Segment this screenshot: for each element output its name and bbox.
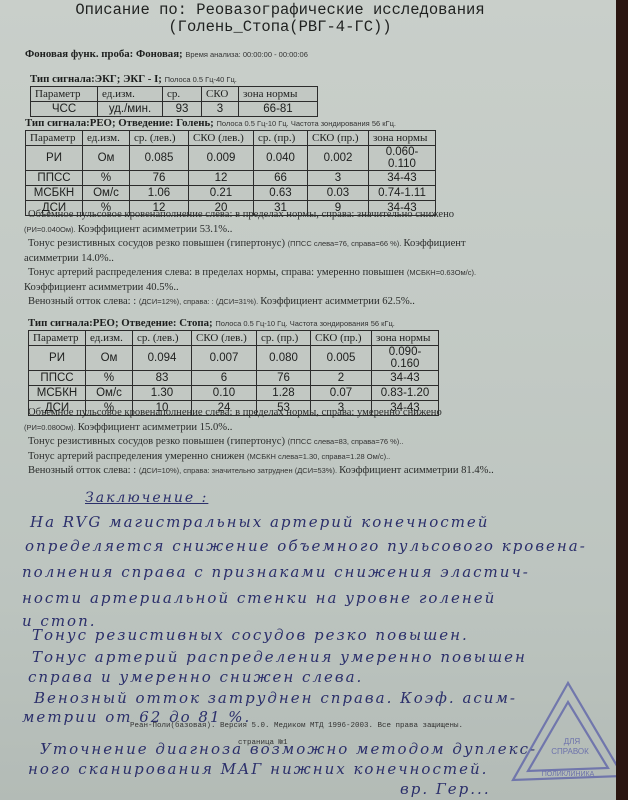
table-cell: ППСС [29,371,86,386]
table-cell: ППСС [26,171,83,186]
foot-header-band: Полоса 0.5 Гц-10 Гц. Частота зондировани… [215,319,395,328]
page-number: страница №1 [238,739,288,747]
table-cell: 93 [163,102,202,117]
test-label: Фоновая функ. проба: Фоновая; [25,48,183,60]
table-cell: 0.060-0.110 [369,146,436,171]
table-cell: уд./мин. [98,102,163,117]
document-page: Описание по: Реовазографические исследов… [0,0,616,800]
table-row: ППСС%761266334-43 [26,171,436,186]
table-cell: 0.005 [311,346,372,371]
finding-note: Венозный отток слева: : (ДСИ=12%), справ… [24,295,479,310]
handwritten-line: полнения справа с признаками снижения эл… [22,563,530,581]
column-header: ед.изм. [86,331,133,346]
table-header-row: Параметред.изм.ср.СКОзона нормы [31,87,318,102]
column-header: ср. (пр.) [254,131,308,146]
finding-note: Тонус резистивных сосудов резко повышен … [24,435,494,450]
finding-note: Тонус резистивных сосудов резко повышен … [24,237,479,266]
table-row: РИОм0.0850.0090.0400.0020.060-0.110 [26,146,436,171]
table-cell: 34-43 [369,171,436,186]
foot-notes: Объемное пульсовое кровенаполнение слева… [24,406,494,479]
column-header: ед.изм. [83,131,130,146]
table-cell: % [86,371,133,386]
handwritten-line: вр. Гер... [400,780,491,798]
column-header: Параметр [31,87,98,102]
shin-notes: Объемное пульсовое кровенаполнение слева… [24,208,479,310]
table-cell: 0.07 [311,386,372,401]
table-cell: 76 [130,171,189,186]
ecg-header-band: Полоса 0.5 Гц-40 Гц. [165,75,237,84]
table-cell: 1.28 [257,386,311,401]
table-cell: 0.03 [308,186,369,201]
table-cell: 0.63 [254,186,308,201]
table-cell: 0.007 [192,346,257,371]
handwritten-line: Уточнение диагноза возможно методом дупл… [40,740,537,758]
stamp-text: СПРАВОК [551,747,589,756]
column-header: ср. (лев.) [130,131,189,146]
handwritten-line: определяется снижение объемного пульсово… [25,537,587,555]
table-cell: 0.74-1.11 [369,186,436,201]
column-header: Параметр [26,131,83,146]
column-header: СКО (лев.) [192,331,257,346]
column-header: СКО (пр.) [311,331,372,346]
table-row: ЧССуд./мин.93366-81 [31,102,318,117]
table-cell: 0.002 [308,146,369,171]
table-cell: 0.090-0.160 [372,346,439,371]
table-row: ППСС%83676234-43 [29,371,439,386]
table-cell: 34-43 [372,371,439,386]
finding-note: Объемное пульсовое кровенаполнение слева… [24,208,479,237]
table-cell: 76 [257,371,311,386]
table-cell: Ом/с [83,186,130,201]
table-cell: 3 [202,102,239,117]
column-header: ср. (лев.) [133,331,192,346]
table-cell: 0.10 [192,386,257,401]
shin-table: Параметред.изм.ср. (лев.)СКО (лев.)ср. (… [25,130,436,216]
table-cell: ЧСС [31,102,98,117]
column-header: СКО [202,87,239,102]
foot-header-title: Тип сигнала:РЕО; Отведение: Стопа; [28,317,213,329]
table-header-row: Параметред.изм.ср. (лев.)СКО (лев.)ср. (… [26,131,436,146]
table-cell: 0.094 [133,346,192,371]
copyright-footer: Реан-Поли(базовая). Версия 5.0. Медиком … [130,722,463,730]
finding-note: Объемное пульсовое кровенаполнение слева… [24,406,494,435]
shin-header-band: Полоса 0.5 Гц-10 Гц. Частота зондировани… [216,119,396,128]
table-cell: 2 [311,371,372,386]
stamp-text: ДЛЯ [564,737,581,746]
foot-header: Тип сигнала:РЕО; Отведение: Стопа; Полос… [28,317,395,329]
table-cell: 0.009 [189,146,254,171]
table-cell: МСБКН [29,386,86,401]
column-header: СКО (лев.) [189,131,254,146]
handwritten-line: ного сканирования МАГ нижних конечностей… [28,760,488,778]
table-cell: 6 [192,371,257,386]
table-row: РИОм0.0940.0070.0800.0050.090-0.160 [29,346,439,371]
handwritten-line: Тонус артерий распределения умеренно пов… [32,648,527,666]
table-cell: 3 [308,171,369,186]
handwritten-line: Венозный отток затруднен справа. Коэф. а… [34,689,517,707]
handwritten-line: справа и умеренно снижен слева. [28,668,363,686]
column-header: ср. [163,87,202,102]
foot-table: Параметред.изм.ср. (лев.)СКО (лев.)ср. (… [28,330,439,416]
ecg-table: Параметред.изм.ср.СКОзона нормыЧССуд./ми… [30,86,318,117]
table-cell: МСБКН [26,186,83,201]
column-header: ед.изм. [98,87,163,102]
column-header: ср. (пр.) [257,331,311,346]
handwritten-line: ности артериальной стенки на уровне голе… [22,589,496,607]
shin-header-title: Тип сигнала:РЕО; Отведение: Голень; [25,117,214,129]
column-header: зона нормы [372,331,439,346]
column-header: Параметр [29,331,86,346]
clinic-stamp-icon: ДЛЯ СПРАВОК ПОЛИКЛИНИКА [510,680,628,790]
conclusion-heading: Заключение : [85,490,208,506]
table-cell: 83 [133,371,192,386]
finding-note: Венозный отток слева: : (ДСИ=10%), справ… [24,464,494,479]
table-cell: 66 [254,171,308,186]
handwritten-line: Тонус резистивных сосудов резко повышен. [32,626,469,644]
table-cell: Ом [86,346,133,371]
table-header-row: Параметред.изм.ср. (лев.)СКО (лев.)ср. (… [29,331,439,346]
stamp-text: ПОЛИКЛИНИКА [542,771,595,778]
table-cell: Ом/с [86,386,133,401]
table-cell: РИ [26,146,83,171]
table-cell: 1.30 [133,386,192,401]
table-cell: РИ [29,346,86,371]
column-header: зона нормы [369,131,436,146]
table-cell: % [83,171,130,186]
shin-header: Тип сигнала:РЕО; Отведение: Голень; Поло… [25,117,396,129]
table-surface [616,0,628,800]
table-cell: 0.040 [254,146,308,171]
handwritten-line: На RVG магистральных артерий конечностей [30,513,489,531]
test-info: Фоновая функ. проба: Фоновая; Время анал… [25,48,308,60]
finding-note: Тонус артерий распределения умеренно сни… [24,450,494,465]
table-cell: 66-81 [239,102,318,117]
table-row: МСБКНОм/с1.060.210.630.030.74-1.11 [26,186,436,201]
table-cell: Ом [83,146,130,171]
table-cell: 0.085 [130,146,189,171]
ecg-header-title: Тип сигнала:ЭКГ; ЭКГ - I; [30,73,162,85]
table-cell: 1.06 [130,186,189,201]
table-cell: 12 [189,171,254,186]
document-title-line1: Описание по: Реовазографические исследов… [0,1,560,19]
table-cell: 0.21 [189,186,254,201]
ecg-header: Тип сигнала:ЭКГ; ЭКГ - I; Полоса 0.5 Гц-… [30,73,237,85]
table-cell: 0.080 [257,346,311,371]
analysis-time: Время анализа: 00:00:00 - 00:00:06 [185,50,308,59]
finding-note: Тонус артерий распределения слева: в пре… [24,266,479,295]
table-cell: 0.83-1.20 [372,386,439,401]
column-header: зона нормы [239,87,318,102]
document-title-line2: (Голень_Стопа(РВГ-4-ГС)) [0,18,560,36]
table-row: МСБКНОм/с1.300.101.280.070.83-1.20 [29,386,439,401]
column-header: СКО (пр.) [308,131,369,146]
